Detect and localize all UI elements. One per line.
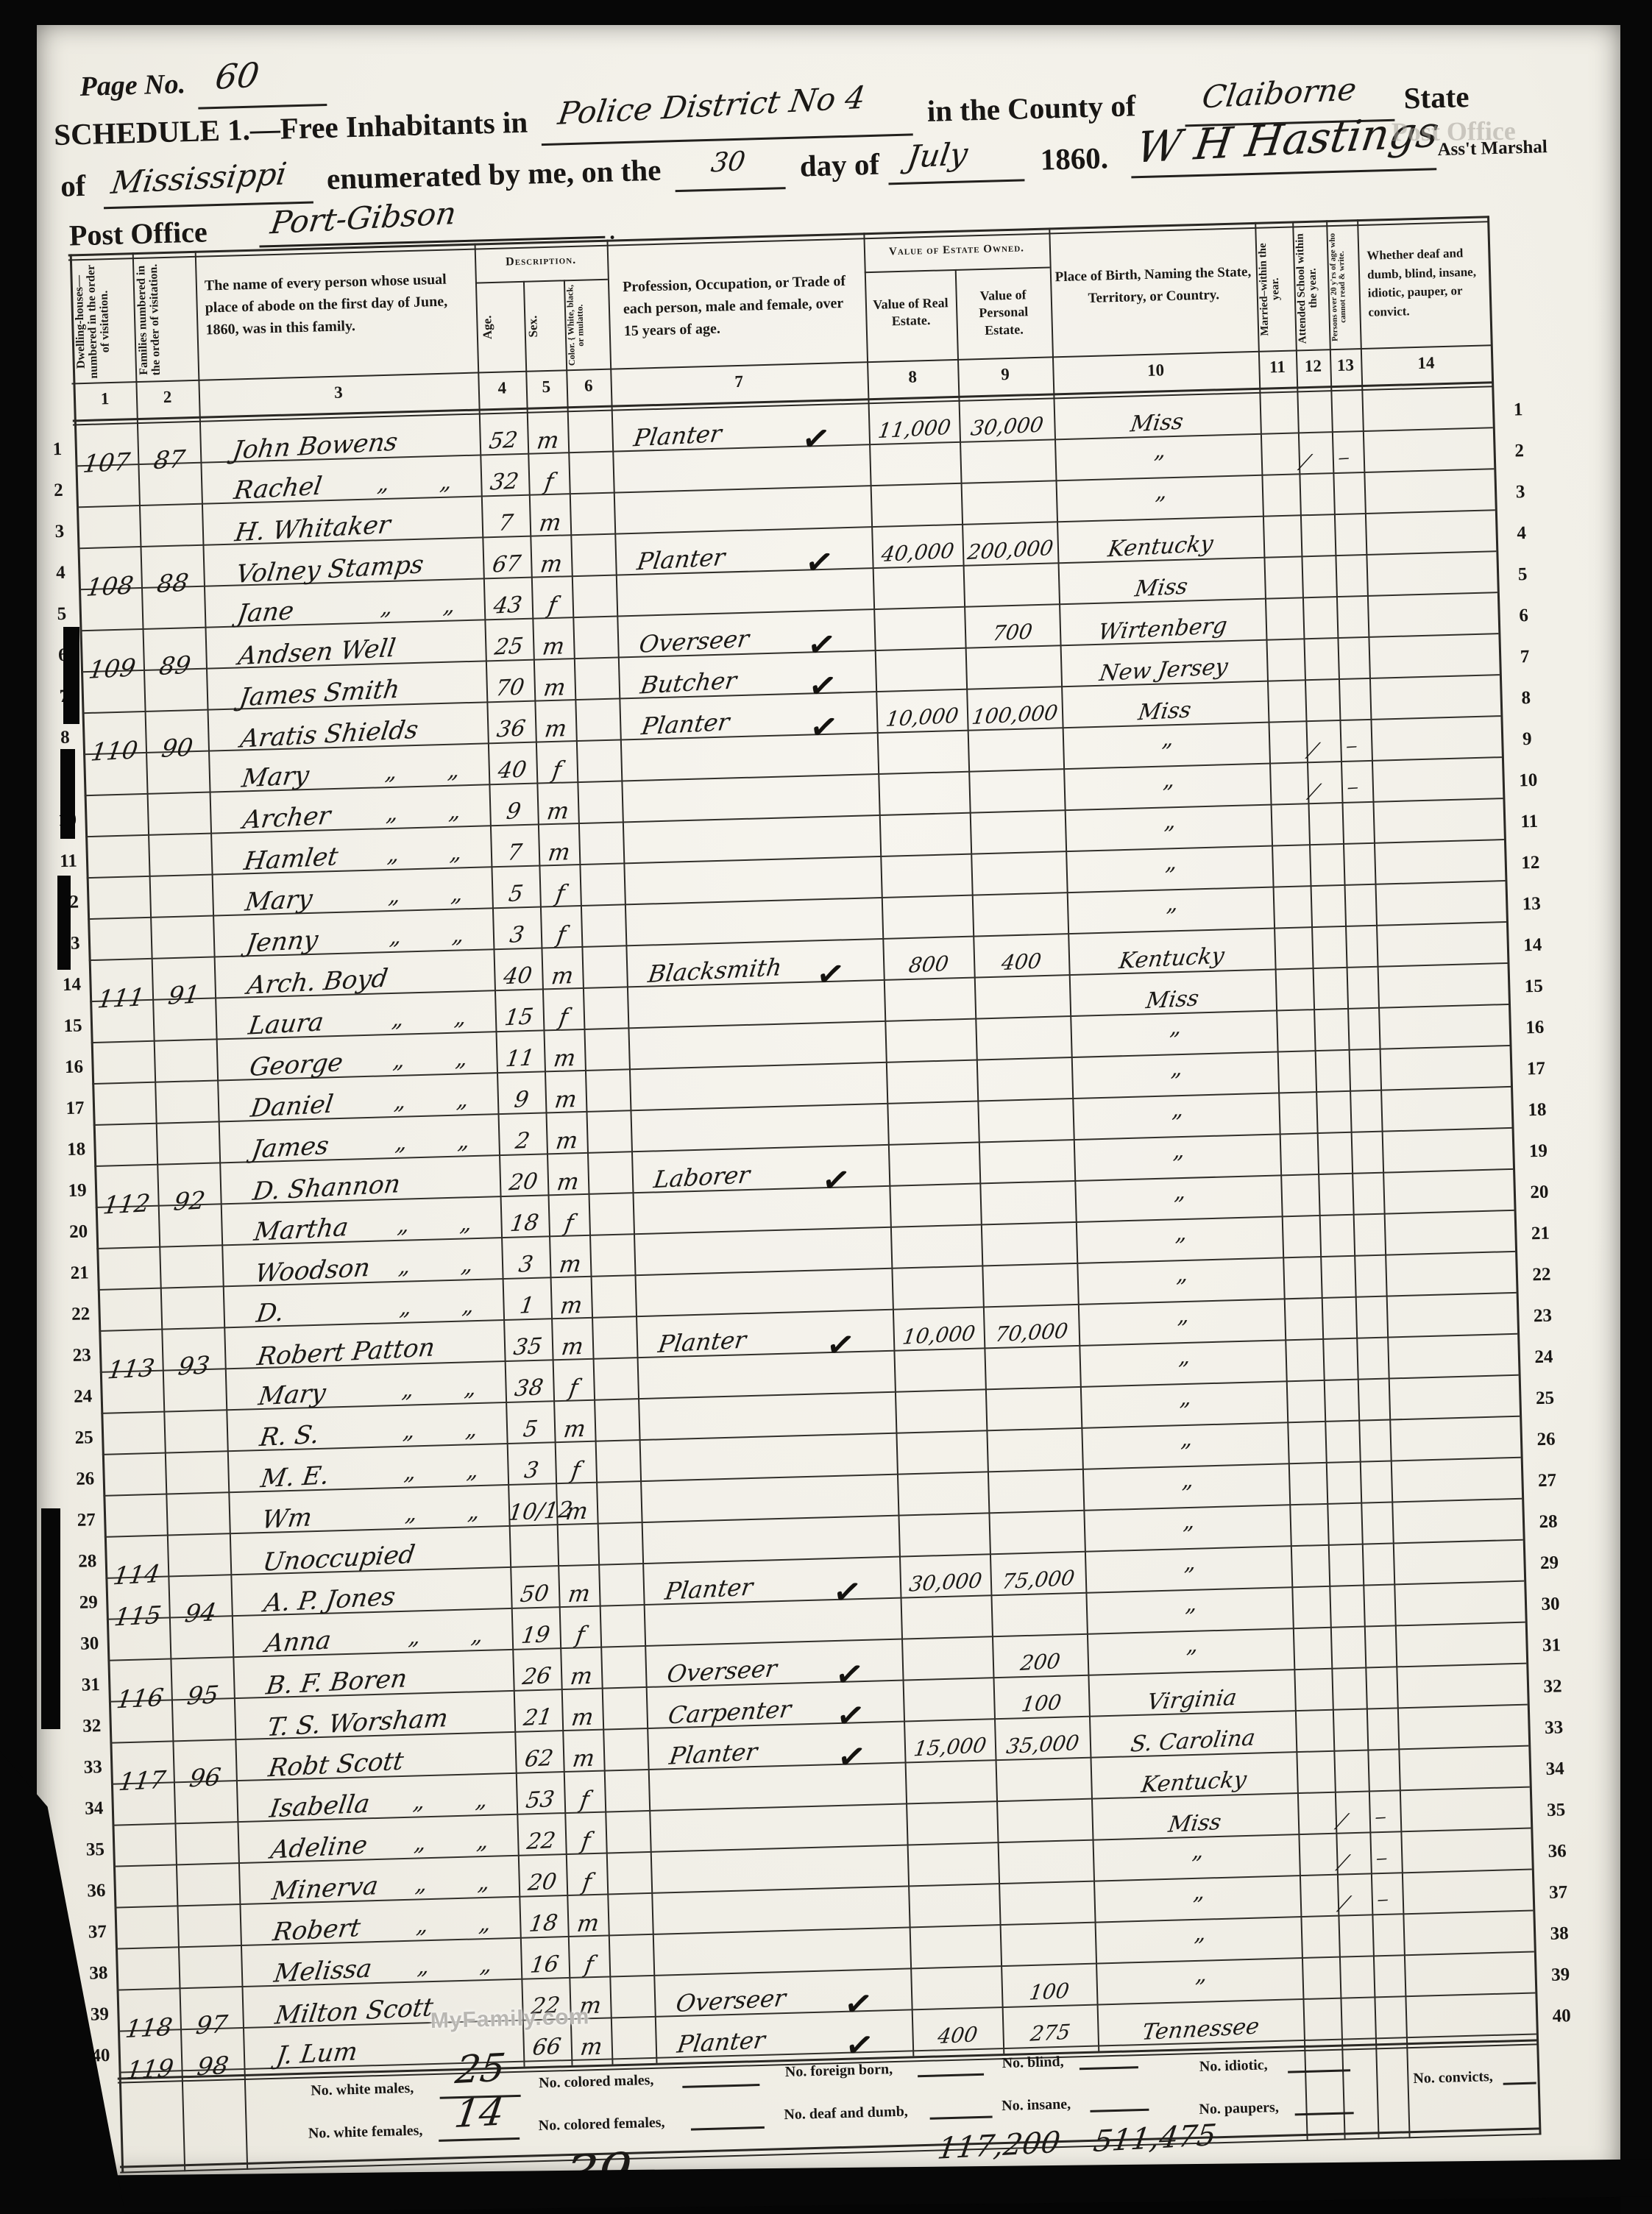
name-ditto-mark: „ [447,759,459,781]
person-name: Aratis Shields [241,720,418,749]
column13-mark: ‒ [1378,1890,1389,1908]
sex-value: m [547,1171,589,1194]
row-number-left: 1 [41,439,74,458]
row-number-left: 15 [57,1016,90,1035]
row-number-right: 23 [1520,1306,1565,1326]
birthplace-value: ” [1082,1480,1289,1508]
sex-value: f [531,594,572,617]
age-value: 35 [504,1335,553,1359]
sex-value: f [565,1830,606,1853]
person-name: Robert [273,1917,361,1944]
col5-header: Sex. [525,288,561,363]
row-number-left: 3 [43,522,77,541]
name-ditto-mark: „ [451,883,463,905]
age-value: 66 [522,2036,571,2059]
sex-value: f [528,470,570,494]
age-value: 70 [486,677,534,700]
name-ditto-mark: „ [455,1007,467,1029]
sex-value: f [566,1871,607,1895]
birthplace-value: Kentucky [1068,945,1275,973]
birthplace-value: Virginia [1088,1686,1295,1714]
sex-value: f [541,923,582,947]
name-ditto-mark: „ [386,762,397,784]
col8-header: Value of Real Estate. [869,294,953,331]
age-value: 40 [489,759,537,783]
col12-header: Attended School within the year. [1294,230,1327,347]
row-number-right: 3 [1498,482,1543,502]
occupation-value: Planter [659,1329,746,1355]
row-number-left: 36 [80,1881,113,1901]
row-number-right: 40 [1539,2007,1584,2026]
column-number: 8 [890,367,935,388]
personal-estate-value: 100,000 [967,703,1063,726]
person-name: James [252,1134,329,1161]
birthplace-value: ” [1080,1357,1286,1385]
birthplace-value: ” [1055,451,1262,479]
person-name: Archer [243,804,330,831]
real-estate-value: 30,000 [900,1571,991,1594]
person-name: Hamlet [244,845,338,873]
occupation-value: Butcher [640,670,737,695]
name-ditto-mark: „ [408,1626,420,1648]
row-number-left: 37 [81,1923,114,1942]
birthplace-value: ” [1095,1934,1302,1962]
person-name: Daniel [251,1093,333,1120]
sex-value: m [546,1129,587,1153]
white-males-value: 25 [455,2046,506,2092]
scan-edge-top [0,0,1652,25]
column-number: 10 [1133,361,1178,381]
schedule-title: SCHEDULE 1.—Free Inhabitants in [54,104,528,152]
personal-estate-value: 200,000 [963,539,1058,561]
personal-estate-total: 511,475 [1093,2120,1216,2157]
dwelling-number: 119 [118,2056,182,2082]
column-number: 14 [1404,353,1449,374]
day-value: 30 [711,147,745,178]
column-number: 4 [480,378,525,399]
person-name: Mary [242,764,309,790]
name-ditto-mark: „ [394,1091,406,1113]
occupation-value: Laborer [654,1164,750,1190]
col9-header: Value of Personal Estate. [959,286,1048,340]
col1-header: Dwelling-houses— numbered in the order o… [73,263,133,379]
row-number-right: 27 [1525,1471,1570,1491]
birthplace-value: Miss [1054,410,1261,438]
occupation-value: Planter [642,711,729,737]
blind-label: No. blind, [1002,2054,1064,2072]
column-number: 9 [983,364,1028,385]
person-name: Martha [254,1216,348,1243]
row-number-right: 5 [1500,564,1545,584]
sex-value: m [542,965,583,988]
row-number-right: 17 [1514,1059,1559,1079]
name-ditto-mark: „ [450,842,462,864]
sex-value: m [533,676,575,700]
name-ditto-mark: „ [478,1872,489,1894]
watermark: MyFamily.com [430,2004,589,2034]
row-number-left: 27 [70,1511,103,1530]
age-value: 5 [492,883,540,906]
person-name: Jenny [247,929,319,956]
person-name: Rachel [234,475,322,502]
sex-value: f [543,1006,584,1029]
occupation-value: Planter [634,423,721,449]
row-number-left: 26 [68,1469,102,1489]
row-number-left: 28 [71,1552,104,1571]
row-number-right: 14 [1511,935,1556,955]
row-number-right: 21 [1518,1224,1563,1243]
birthplace-value: Tennessee [1097,2016,1304,2044]
name-ditto-mark: „ [477,1831,489,1853]
name-ditto-mark: „ [392,1009,404,1031]
rule [918,2073,984,2077]
occupation-value: Carpenter [668,1699,791,1725]
enumerated-label: enumerated by me, on the [326,152,662,196]
row-number-left: 2 [42,480,75,500]
row-number-right: 34 [1533,1759,1578,1779]
row-number-right: 22 [1520,1265,1564,1285]
birthplace-value: ” [1084,1522,1291,1550]
foreign-born-label: No. foreign born, [785,2061,893,2081]
insane-label: No. insane, [1002,2096,1071,2115]
row-number-right: 1 [1496,400,1541,420]
age-value: 36 [487,718,536,742]
age-value: 26 [513,1665,561,1689]
occupation-value: Overseer [639,628,749,655]
name-ditto-mark: „ [393,1050,405,1072]
age-value: 7 [491,842,539,865]
row-number-right: 20 [1517,1182,1562,1202]
person-name: John Bowens [233,432,397,461]
post-office-label: Post Office [68,214,208,252]
name-ditto-mark: „ [397,1214,409,1236]
sex-value: m [539,841,580,865]
person-name: Woodson [255,1257,370,1285]
row-number-left: 38 [82,1964,116,1983]
personal-estate-value: 100 [993,1692,1089,1715]
birthplace-value: ” [1094,1892,1301,1920]
age-value: 40 [494,965,542,988]
county-label: in the County of [926,88,1136,129]
row-number-right: 24 [1522,1347,1567,1367]
personal-estate-value: 400 [974,951,1069,973]
personal-estate-value: 200 [993,1651,1088,1674]
deaf-dumb-label: No. deaf and dumb, [784,2104,908,2124]
name-ditto-mark: „ [377,473,389,495]
name-ditto-mark: „ [467,1460,478,1482]
name-ditto-mark: „ [415,1873,427,1895]
sex-value: m [545,1088,586,1112]
birthplace-value: ” [1073,1110,1280,1138]
age-value: 22 [517,1830,566,1853]
convicts-label: No. convicts, [1413,2068,1493,2087]
real-estate-value: 10,000 [893,1324,985,1347]
sex-value: m [550,1253,591,1277]
occupation-value: Planter [637,547,725,572]
person-name: H. Whitaker [235,514,390,544]
page-no-label: Page No. [79,68,186,103]
county-value: Claiborne [1202,73,1356,113]
occupation-value: Planter [670,1741,757,1767]
sex-value: f [536,759,578,782]
person-name: Robt Scott [269,1750,403,1779]
column13-mark: ‒ [1347,778,1359,795]
person-name: Unoccupied [263,1544,414,1573]
sex-value: f [564,1789,605,1812]
sex-value: m [563,1748,604,1771]
column-number: 7 [717,372,762,392]
birthplace-value: ” [1075,1192,1282,1220]
row-number-left: 14 [55,975,88,994]
tally-check-mark: ✓ [843,2023,876,2067]
age-value: 18 [500,1212,549,1235]
of-label: of [60,168,86,204]
person-name: Adeline [271,1834,367,1862]
page-no-value: 60 [216,55,260,96]
age-value: 53 [516,1789,564,1812]
sex-value: m [552,1335,593,1359]
occupation-value: Overseer [676,1987,786,2014]
name-ditto-mark: „ [480,1954,492,1976]
name-ditto-mark: „ [449,801,461,823]
person-name: Milton Scott [275,1997,433,2026]
rule [676,187,786,192]
row-number-left: 20 [62,1222,95,1241]
row-number-left: 24 [66,1387,99,1406]
age-value: 67 [483,553,531,577]
birthplace-value: ” [1071,1028,1277,1056]
col14-header: Whether deaf and dumb, blind, insane, id… [1366,243,1486,321]
row-number-right: 18 [1515,1100,1560,1120]
row-number-right: 28 [1526,1512,1571,1532]
person-name: T. S. Worsham [267,1708,447,1738]
age-value: 9 [497,1088,546,1112]
person-name: Volney Stamps [236,555,423,585]
occupation-value: Planter [677,2029,765,2055]
birthplace-value: Miss [1069,987,1276,1015]
sex-value: m [527,429,568,453]
name-ditto-mark: „ [464,1377,476,1399]
name-ditto-mark: „ [462,1295,474,1317]
birthplace-value: Kentucky [1091,1769,1297,1797]
rule [542,133,913,146]
row-number-right: 4 [1499,523,1544,543]
birthplace-value: Wirtenberg [1060,616,1266,644]
person-name: Mary [245,887,312,914]
age-value: 18 [520,1912,568,1936]
row-number-left: 29 [72,1593,105,1612]
person-name: Robert Patton [258,1338,435,1367]
birthplace-value: ” [1077,1274,1284,1302]
age-value: 21 [514,1706,562,1730]
row-number-left: 11 [52,851,85,870]
sex-value: m [531,553,572,576]
row-number-right: 11 [1507,812,1552,831]
name-ditto-mark: „ [414,1832,426,1854]
scan-edge-right [1620,0,1652,2214]
real-estate-value: 40,000 [872,542,963,564]
family-number: 98 [181,2053,244,2079]
sex-value: m [544,1047,585,1071]
column12-mark: ⁄ [1303,453,1307,473]
row-number-right: 35 [1534,1800,1578,1820]
age-value: 38 [505,1377,553,1400]
row-number-left: 32 [75,1717,108,1736]
age-value: 5 [506,1418,555,1441]
real-estate-value: 400 [912,2024,1003,2047]
real-estate-value: 800 [883,954,974,976]
colored-females-label: No. colored females, [538,2115,664,2135]
sex-value: f [555,1459,596,1483]
row-number-right: 13 [1509,894,1554,914]
sex-value: m [561,1665,602,1689]
sex-value: m [535,717,576,741]
row-number-left: 8 [49,728,82,747]
name-ditto-mark: „ [471,1625,483,1647]
row-number-left: 17 [59,1099,92,1118]
age-value: 2 [498,1129,547,1153]
birthplace-value: Miss [1092,1810,1299,1838]
birthplace-value: ” [1056,492,1263,520]
real-estate-value: 10,000 [876,706,968,729]
col10-header: Place of Birth, Naming the State, Territ… [1054,261,1254,311]
person-name: Isabella [269,1792,369,1820]
age-value: 52 [479,430,528,453]
day-of-label: day of [799,146,879,184]
name-ditto-mark: „ [389,885,400,907]
row-number-left: 25 [68,1428,101,1447]
col13-header: Persons over 20 y'rs of age who cannot r… [1328,227,1358,346]
name-ditto-mark: „ [413,1791,425,1813]
personal-estate-value: 30,000 [959,415,1054,438]
name-ditto-mark: „ [461,1254,473,1276]
sex-value: f [553,1377,594,1400]
person-name: Laura [249,1011,324,1038]
rule [930,2115,993,2119]
person-name: Wm [262,1505,312,1532]
sex-value: f [559,1624,600,1647]
idiotic-label: No. idiotic, [1199,2057,1268,2076]
person-name: B. F. Boren [266,1668,407,1697]
real-estate-value: 11,000 [868,418,960,441]
district-value: Police District No 4 [559,83,865,127]
binding-mark [41,1508,60,1729]
row-number-left: 16 [57,1057,91,1076]
person-name: M. E. [260,1464,329,1491]
age-value: 19 [511,1624,560,1647]
column-number: 3 [316,383,361,403]
birthplace-value: ” [1074,1151,1280,1179]
birthplace-value: New Jersey [1060,657,1267,685]
row-number-left: 21 [63,1263,96,1282]
sex-value: m [529,511,570,535]
age-value: 11 [496,1047,545,1071]
name-ditto-mark: „ [390,926,402,948]
description-group-header: Description. [475,253,607,270]
row-number-left: 35 [79,1840,112,1859]
row-number-left: 30 [73,1634,106,1653]
white-males-label: No. white males, [311,2080,414,2100]
col6-header: Color. { White, black, or mulatto. [565,283,607,366]
sex-value: m [567,1912,609,1936]
person-name: Jane [238,599,294,625]
sex-value: m [554,1418,595,1441]
name-ditto-mark: „ [399,1255,411,1277]
person-name: Arch. Boyd [247,968,388,996]
birthplace-value: ” [1066,863,1273,891]
person-name: James Smith [240,679,400,709]
row-number-left: 18 [60,1140,93,1159]
column12-mark: ⁄ [1340,1812,1344,1832]
age-value: 10/12 [508,1500,557,1524]
name-ditto-mark: „ [460,1213,472,1235]
row-number-left: 19 [61,1181,94,1200]
post-office-value: Port-Gibson [271,197,456,238]
name-ditto-mark: „ [458,1130,469,1152]
sex-value: m [533,635,574,659]
row-number-right: 38 [1537,1924,1582,1944]
row-number-right: 8 [1503,688,1548,708]
col2-header: Families numbered in the order of visita… [135,262,196,377]
birthplace-value: Miss [1058,575,1265,603]
column13-mark: ‒ [1346,737,1358,754]
age-value: 9 [489,801,538,824]
bleed-through-text: Post Office [1392,116,1516,148]
row-number-right: 7 [1503,647,1548,667]
row-number-right: 26 [1524,1430,1569,1450]
person-name: D. Shannon [253,1174,400,1202]
birthplace-value: ” [1076,1233,1283,1261]
row-number-right: 32 [1531,1677,1575,1697]
col3-header: The name of every person whose usual pla… [205,268,468,341]
birthplace-value: ” [1096,1975,1303,2003]
birthplace-value: ” [1088,1645,1294,1673]
birthplace-value: Miss [1062,698,1269,726]
birthplace-value: ” [1065,822,1272,850]
binding-mark [63,627,79,724]
row-number-right: 31 [1529,1636,1574,1656]
name-ditto-mark: „ [404,1461,416,1483]
person-name: J. Lum [277,2040,358,2068]
age-value: 62 [515,1748,564,1771]
row-number-right: 33 [1531,1718,1576,1738]
rule [1080,2066,1138,2070]
row-number-right: 10 [1506,770,1550,790]
personal-estate-value: 275 [1002,2022,1098,2045]
name-ditto-mark: „ [395,1132,407,1154]
row-number-right: 30 [1528,1594,1573,1614]
personal-estate-value: 75,000 [990,1569,1086,1592]
age-value: 20 [500,1171,548,1194]
sex-value: f [539,882,581,906]
row-number-left: 22 [64,1305,97,1324]
sex-value: m [570,2035,611,2059]
birthplace-value: ” [1093,1851,1300,1879]
personal-estate-value: 70,000 [983,1321,1079,1344]
name-ditto-mark: „ [402,1379,414,1401]
column13-mark: ‒ [1376,1849,1388,1867]
column13-mark: ‒ [1338,449,1350,466]
column-number: 5 [524,377,569,397]
column-number: 2 [145,387,190,408]
birthplace-value: S. Carolina [1090,1728,1297,1756]
sex-value: m [561,1706,603,1730]
age-value: 7 [481,512,530,536]
colored-males-label: No. colored males, [539,2072,654,2092]
rule [888,179,1024,185]
row-number-left: 5 [46,604,79,623]
age-value: 16 [520,1954,569,1977]
